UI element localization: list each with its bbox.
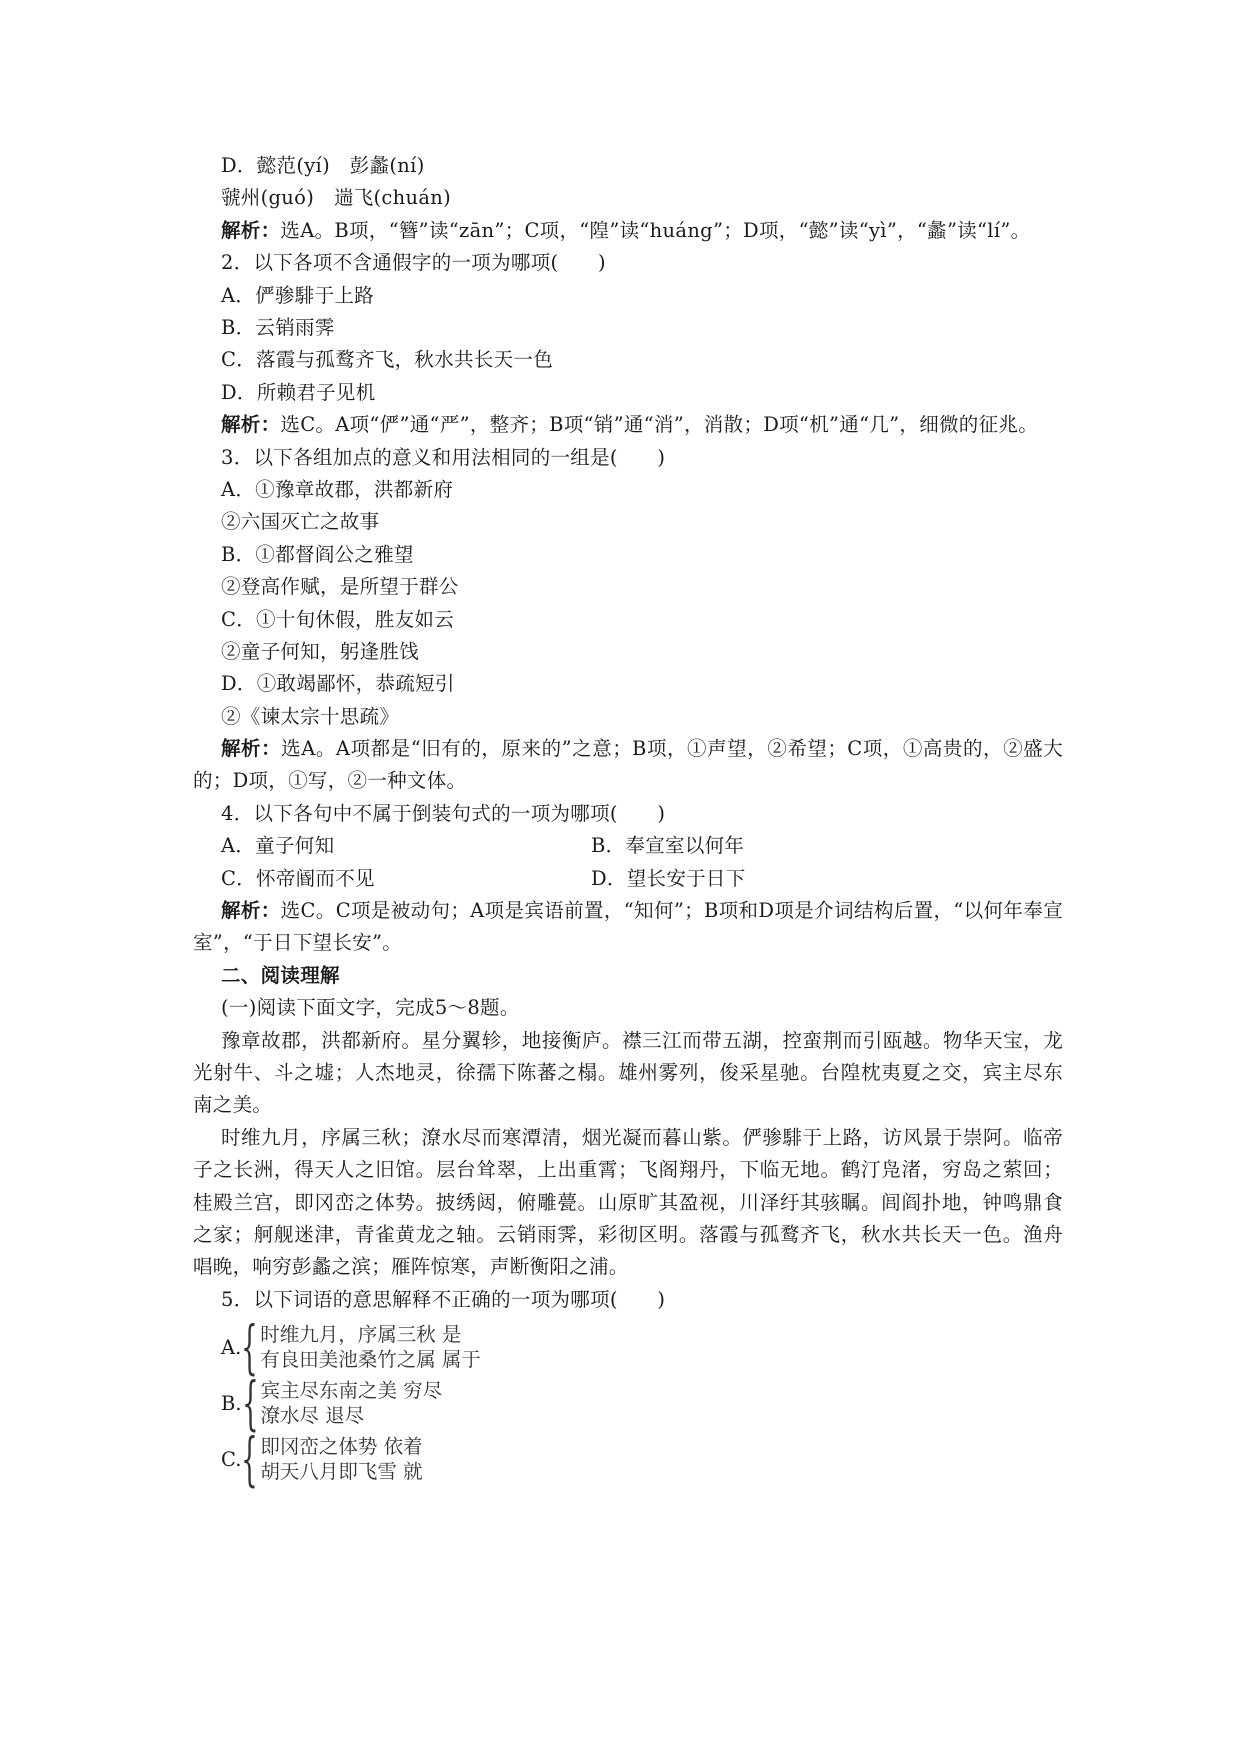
q2-option-a: A．俨骖騑于上路 — [193, 280, 1063, 312]
analysis-label: 解析： — [221, 737, 281, 760]
q3-analysis: 解析：选A。A项都是“旧有的，原来的”之意；B项，①声望，②希望；C项，①高贵的… — [193, 733, 1063, 798]
phrase: 时维九月，序属三秋 — [260, 1323, 436, 1346]
analysis-text: 选C。A项“俨”通“严”，整齐；B项“销”通“消”，消散；D项“机”通“几”，细… — [280, 413, 1038, 436]
analysis-label: 解析： — [221, 413, 280, 436]
analysis-text: 选C。C项是被动句；A项是宾语前置，“知何”；B项和D项是介词结构后置，“以何年… — [193, 899, 1063, 954]
q3-option-c1: C．①十旬休假，胜友如云 — [193, 604, 1063, 636]
brace-line: 时维九月，序属三秋 是 — [260, 1322, 481, 1347]
phrase: 有良田美池桑竹之属 — [260, 1348, 436, 1371]
q2-option-c: C．落霞与孤鹜齐飞，秋水共长天一色 — [193, 344, 1063, 376]
q4-option-d: D．望长安于日下 — [591, 863, 991, 895]
q5-option-a: A. { 时维九月，序属三秋 是 有良田美池桑竹之属 属于 — [221, 1322, 1063, 1372]
phrase: 即冈峦之体势 — [260, 1435, 377, 1458]
analysis-text: 选A。B项，“簪”读“zān”；C项，“隍”读“huáng”；D项，“懿”读“y… — [280, 219, 1030, 242]
brace-line: 有良田美池桑竹之属 属于 — [260, 1347, 481, 1372]
brace-line: 胡天八月即飞雪 就 — [260, 1459, 422, 1484]
analysis-text: 选A。A项都是“旧有的，原来的”之意；B项，①声望，②希望；C项，①高贵的，②盛… — [193, 737, 1063, 792]
brace-lines: 时维九月，序属三秋 是 有良田美池桑竹之属 属于 — [260, 1322, 481, 1372]
phrase: 潦水尽 — [260, 1404, 319, 1427]
document-page: D．懿范(yí) 彭蠡(ní) 虢州(guó) 遄飞(chuán) 解析：选A。… — [193, 150, 1063, 1490]
q3-option-d1: D．①敢竭鄙怀，恭疏短引 — [193, 668, 1063, 700]
q1-analysis: 解析：选A。B项，“簪”读“zān”；C项，“隍”读“huáng”；D项，“懿”… — [193, 215, 1063, 247]
q5-option-c: C. { 即冈峦之体势 依着 胡天八月即飞雪 就 — [221, 1434, 1063, 1484]
q4-stem: 4．以下各句中不属于倒装句式的一项为哪项( ) — [193, 798, 1063, 830]
q3-option-c2: ②童子何知，躬逢胜饯 — [193, 636, 1063, 668]
q4-options-row-2: C．怀帝阍而不见 D．望长安于日下 — [193, 863, 1063, 895]
q2-analysis: 解析：选C。A项“俨”通“严”，整齐；B项“销”通“消”，消散；D项“机”通“几… — [193, 409, 1063, 441]
q4-analysis: 解析：选C。C项是被动句；A项是宾语前置，“知何”；B项和D项是介词结构后置，“… — [193, 895, 1063, 960]
q3-option-a1: A．①豫章故郡，洪都新府 — [193, 474, 1063, 506]
brace-lines: 宾主尽东南之美 穷尽 潦水尽 退尽 — [260, 1378, 442, 1428]
brace-icon: { — [242, 1434, 259, 1484]
analysis-label: 解析： — [221, 219, 280, 242]
q4-option-c: C．怀帝阍而不见 — [193, 863, 591, 895]
gloss: 是 — [442, 1323, 462, 1346]
q4-option-b: B．奉宣室以何年 — [591, 830, 991, 862]
option-letter: A. — [221, 1336, 241, 1359]
q1-option-d-line2: 虢州(guó) 遄飞(chuán) — [193, 182, 1063, 214]
option-letter: B. — [221, 1392, 242, 1415]
brace-line: 潦水尽 退尽 — [260, 1403, 442, 1428]
analysis-label: 解析： — [221, 899, 281, 922]
brace-lines: 即冈峦之体势 依着 胡天八月即飞雪 就 — [260, 1434, 422, 1484]
gloss: 依着 — [384, 1435, 423, 1458]
q3-option-a2: ②六国灭亡之故事 — [193, 506, 1063, 538]
section-heading: 二、阅读理解 — [193, 960, 1063, 992]
q5-option-b: B. { 宾主尽东南之美 穷尽 潦水尽 退尽 — [221, 1378, 1063, 1428]
gloss: 属于 — [442, 1348, 481, 1371]
gloss: 就 — [403, 1460, 423, 1483]
phrase: 胡天八月即飞雪 — [260, 1460, 397, 1483]
brace-line: 宾主尽东南之美 穷尽 — [260, 1378, 442, 1403]
option-letter: C. — [221, 1448, 241, 1471]
q3-option-b2: ②登高作赋，是所望于群公 — [193, 571, 1063, 603]
q3-option-d2: ②《谏太宗十思疏》 — [193, 701, 1063, 733]
q4-options-row-1: A．童子何知 B．奉宣室以何年 — [193, 830, 1063, 862]
passage-paragraph-1: 豫章故郡，洪都新府。星分翼轸，地接衡庐。襟三江而带五湖，控蛮荆而引瓯越。物华天宝… — [193, 1025, 1063, 1122]
q4-option-a: A．童子何知 — [193, 830, 591, 862]
q3-option-b1: B．①都督阎公之雅望 — [193, 539, 1063, 571]
passage-paragraph-2: 时维九月，序属三秋；潦水尽而寒潭清，烟光凝而暮山紫。俨骖騑于上路，访风景于崇阿。… — [193, 1122, 1063, 1284]
brace-line: 即冈峦之体势 依着 — [260, 1434, 422, 1459]
q5-stem: 5．以下词语的意思解释不正确的一项为哪项( ) — [193, 1284, 1063, 1316]
q1-option-d-line1: D．懿范(yí) 彭蠡(ní) — [193, 150, 1063, 182]
q2-stem: 2．以下各项不含通假字的一项为哪项( ) — [193, 247, 1063, 279]
q2-option-d: D．所赖君子见机 — [193, 377, 1063, 409]
section-subheading: (一)阅读下面文字，完成5～8题。 — [193, 992, 1063, 1024]
q3-stem: 3．以下各组加点的意义和用法相同的一组是( ) — [193, 442, 1063, 474]
gloss: 退尽 — [325, 1404, 364, 1427]
gloss: 穷尽 — [403, 1379, 442, 1402]
brace-icon: { — [242, 1378, 259, 1428]
q2-option-b: B．云销雨霁 — [193, 312, 1063, 344]
phrase: 宾主尽东南之美 — [260, 1379, 397, 1402]
brace-icon: { — [241, 1322, 258, 1372]
